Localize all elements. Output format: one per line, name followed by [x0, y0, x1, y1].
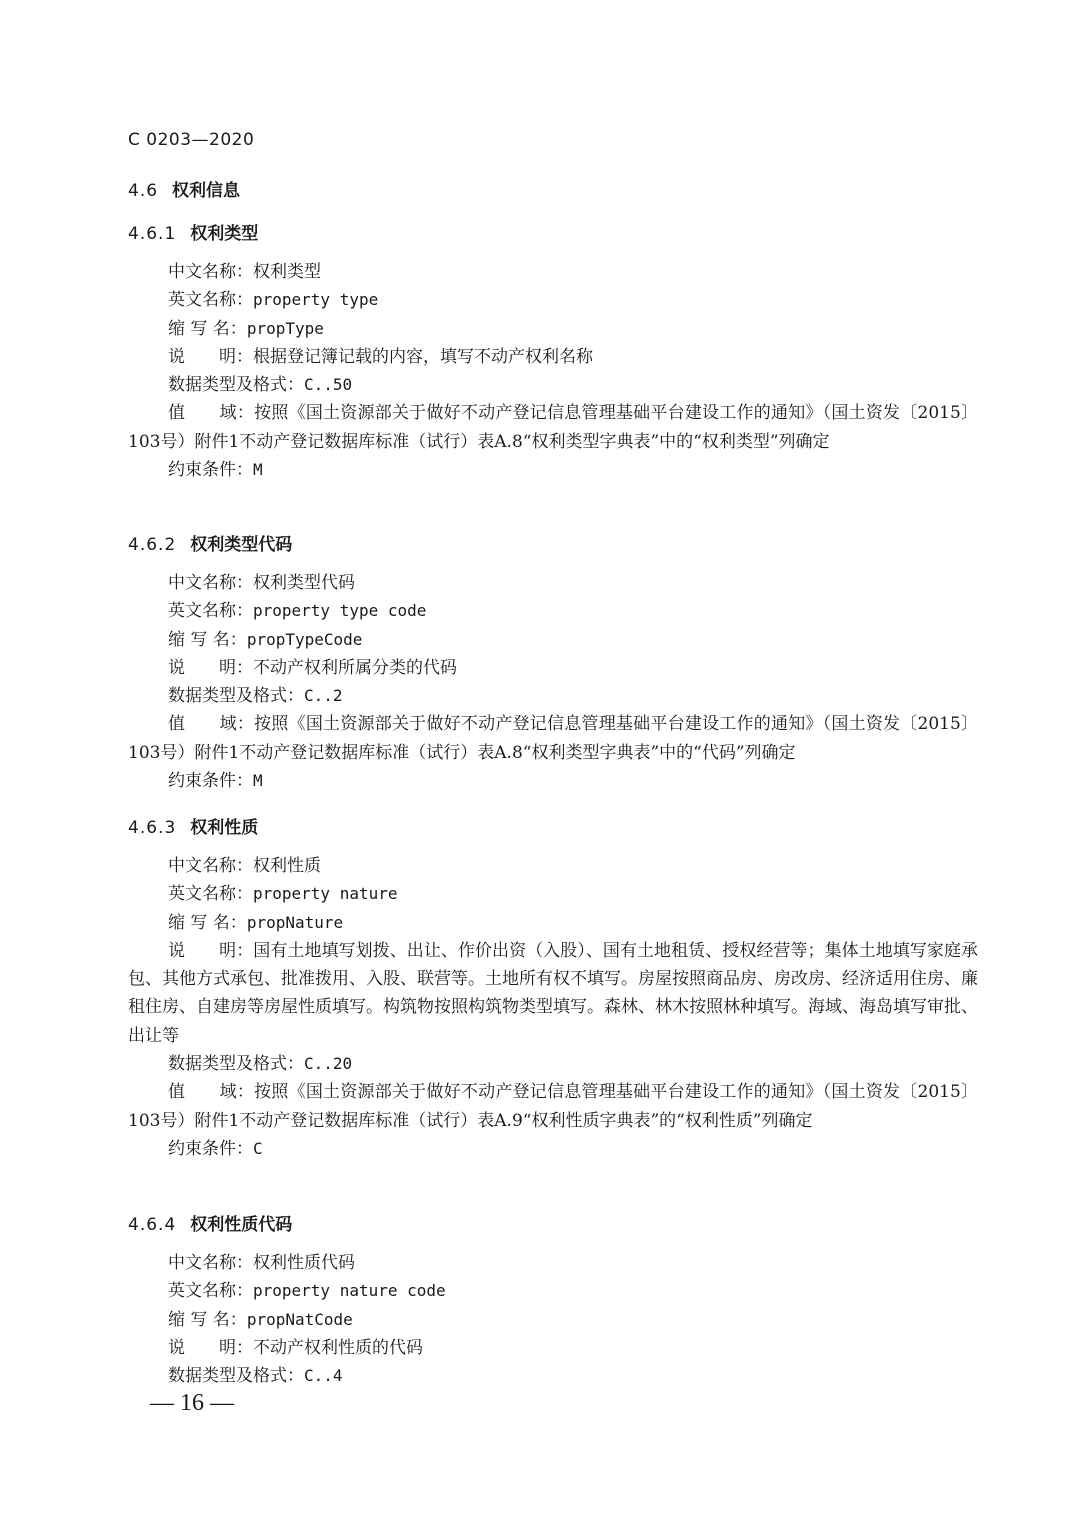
subsection-title: 权利类型 [190, 224, 258, 244]
field-chinese-name: 中文名称：权利性质代码 [128, 1249, 978, 1277]
field-english-name: 英文名称：property type code [128, 597, 978, 625]
field-data-type: 数据类型及格式：C..4 [128, 1362, 978, 1390]
field-chinese-name: 中文名称：权利类型 [128, 258, 978, 286]
subsection-number: 4.6.2 [128, 535, 176, 555]
field-data-type: 数据类型及格式：C..50 [128, 371, 978, 399]
field-abbreviation: 缩 写 名：propType [128, 315, 978, 343]
field-description: 说 明：不动产权利所属分类的代码 [128, 654, 978, 682]
field-block-4-6-1: 中文名称：权利类型 英文名称：property type 缩 写 名：propT… [128, 258, 978, 484]
subsection-heading-4-6-2: 4.6.2权利类型代码 [128, 530, 292, 555]
subsection-number: 4.6.4 [128, 1215, 176, 1235]
field-abbreviation: 缩 写 名：propNature [128, 909, 978, 937]
field-constraint: 约束条件：C [128, 1135, 978, 1163]
subsection-number: 4.6.3 [128, 818, 176, 838]
field-chinese-name: 中文名称：权利类型代码 [128, 569, 978, 597]
field-description: 说 明：国有土地填写划拨、出让、作价出资（入股）、国有土地租赁、授权经营等；集体… [128, 937, 978, 1050]
field-abbreviation: 缩 写 名：propNatCode [128, 1306, 978, 1334]
field-english-name: 英文名称：property nature [128, 880, 978, 908]
field-constraint: 约束条件：M [128, 767, 978, 795]
subsection-title: 权利性质 [190, 818, 258, 838]
subsection-heading-4-6-3: 4.6.3权利性质 [128, 813, 258, 838]
field-description: 说 明：不动产权利性质的代码 [128, 1334, 978, 1362]
section-title: 权利信息 [172, 181, 240, 201]
field-english-name: 英文名称：property type [128, 286, 978, 314]
field-chinese-name: 中文名称：权利性质 [128, 852, 978, 880]
section-number: 4.6 [128, 181, 158, 201]
field-block-4-6-4: 中文名称：权利性质代码 英文名称：property nature code 缩 … [128, 1249, 978, 1390]
field-value-domain: 值 域：按照《国土资源部关于做好不动产登记信息管理基础平台建设工作的通知》（国土… [128, 710, 978, 767]
subsection-title: 权利性质代码 [190, 1215, 292, 1235]
field-description: 说 明：根据登记簿记载的内容，填写不动产权利名称 [128, 343, 978, 371]
subsection-title: 权利类型代码 [190, 535, 292, 555]
field-block-4-6-3: 中文名称：权利性质 英文名称：property nature 缩 写 名：pro… [128, 852, 978, 1163]
field-value-domain: 值 域：按照《国土资源部关于做好不动产登记信息管理基础平台建设工作的通知》（国土… [128, 1078, 978, 1135]
section-heading: 4.6权利信息 [128, 176, 240, 201]
subsection-heading-4-6-1: 4.6.1权利类型 [128, 219, 258, 244]
field-constraint: 约束条件：M [128, 456, 978, 484]
field-data-type: 数据类型及格式：C..20 [128, 1050, 978, 1078]
subsection-number: 4.6.1 [128, 224, 176, 244]
field-block-4-6-2: 中文名称：权利类型代码 英文名称：property type code 缩 写 … [128, 569, 978, 795]
document-code: C 0203—2020 [128, 130, 254, 150]
field-abbreviation: 缩 写 名：propTypeCode [128, 626, 978, 654]
field-english-name: 英文名称：property nature code [128, 1277, 978, 1305]
document-page: C 0203—2020 4.6权利信息 4.6.1权利类型 中文名称：权利类型 … [0, 0, 1080, 1527]
field-value-domain: 值 域：按照《国土资源部关于做好不动产登记信息管理基础平台建设工作的通知》（国土… [128, 399, 978, 456]
subsection-heading-4-6-4: 4.6.4权利性质代码 [128, 1210, 292, 1235]
field-data-type: 数据类型及格式：C..2 [128, 682, 978, 710]
page-number: — 16 — [150, 1390, 234, 1417]
